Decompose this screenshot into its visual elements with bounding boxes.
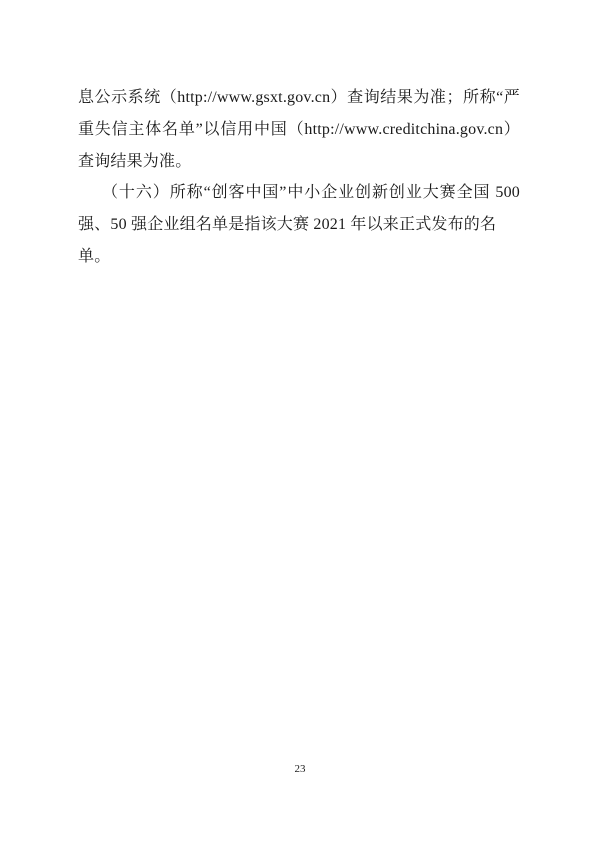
text-line-4: （十六）所称“创客中国”中小企业创新创业大赛全国 500 xyxy=(78,177,520,209)
text-line-2: 重失信主体名单”以信用中国（http://www.creditchina.gov… xyxy=(78,114,520,146)
text-line-3: 查询结果为准。 xyxy=(78,146,520,178)
page-number: 23 xyxy=(0,763,600,776)
text-line-1: 息公示系统（http://www.gsxt.gov.cn）查询结果为准；所称“严 xyxy=(78,82,520,114)
document-page: 息公示系统（http://www.gsxt.gov.cn）查询结果为准；所称“严… xyxy=(0,0,600,848)
text-line-5: 强、50 强企业组名单是指该大赛 2021 年以来正式发布的名单。 xyxy=(78,209,520,273)
document-body: 息公示系统（http://www.gsxt.gov.cn）查询结果为准；所称“严… xyxy=(78,82,520,273)
